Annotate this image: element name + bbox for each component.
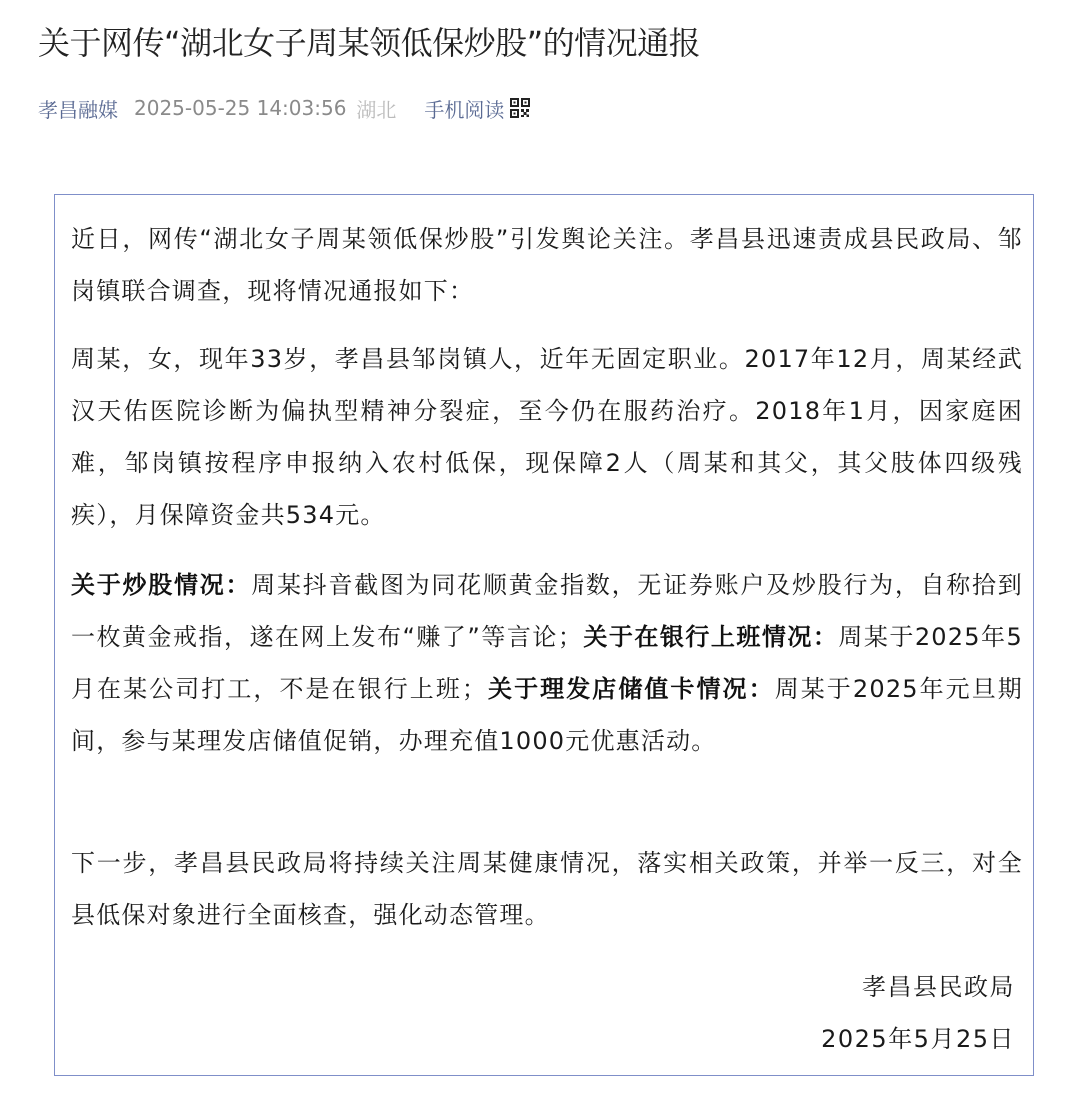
paragraph-next-steps: 下一步，孝昌县民政局将持续关注周某健康情况，落实相关政策，并举一反三，对全县低保… <box>71 837 1023 941</box>
paragraph-clarifications: 关于炒股情况：周某抖音截图为同花顺黄金指数，无证券账户及炒股行为，自称拾到一枚黄… <box>71 559 1023 767</box>
mobile-read-link[interactable]: 手机阅读 <box>424 94 504 123</box>
heading-stock-trading: 关于炒股情况： <box>71 571 251 599</box>
region-label: 湖北 <box>356 94 396 123</box>
qr-code-icon[interactable] <box>510 98 530 118</box>
heading-salon-card: 关于理发店储值卡情况： <box>487 675 775 703</box>
article-meta: 孝昌融媒 2025-05-25 14:03:56 湖北 手机阅读 <box>38 92 530 124</box>
publish-time: 2025-05-25 14:03:56 <box>134 96 346 120</box>
paragraph-text: 近日，网传“湖北女子周某领低保炒股”引发舆论关注。孝昌县迅速责成县民政局、邹岗镇… <box>71 225 1023 305</box>
source-link[interactable]: 孝昌融媒 <box>38 94 118 123</box>
signature-date: 2025年5月25日 <box>821 1013 1015 1065</box>
paragraph-background: 周某，女，现年33岁，孝昌县邹岗镇人，近年无固定职业。2017年12月，周某经武… <box>71 333 1023 541</box>
paragraph-intro: 近日，网传“湖北女子周某领低保炒股”引发舆论关注。孝昌县迅速责成县民政局、邹岗镇… <box>71 213 1023 317</box>
article-title: 关于网传“湖北女子周某领低保炒股”的情况通报 <box>38 20 700 66</box>
signature-organization: 孝昌县民政局 <box>862 961 1015 1013</box>
notice-box: 近日，网传“湖北女子周某领低保炒股”引发舆论关注。孝昌县迅速责成县民政局、邹岗镇… <box>54 194 1034 1076</box>
paragraph-text: 下一步，孝昌县民政局将持续关注周某健康情况，落实相关政策，并举一反三，对全县低保… <box>71 849 1023 929</box>
paragraph-text: 周某，女，现年33岁，孝昌县邹岗镇人，近年无固定职业。2017年12月，周某经武… <box>71 345 1023 529</box>
heading-bank-job: 关于在银行上班情况： <box>583 623 838 651</box>
